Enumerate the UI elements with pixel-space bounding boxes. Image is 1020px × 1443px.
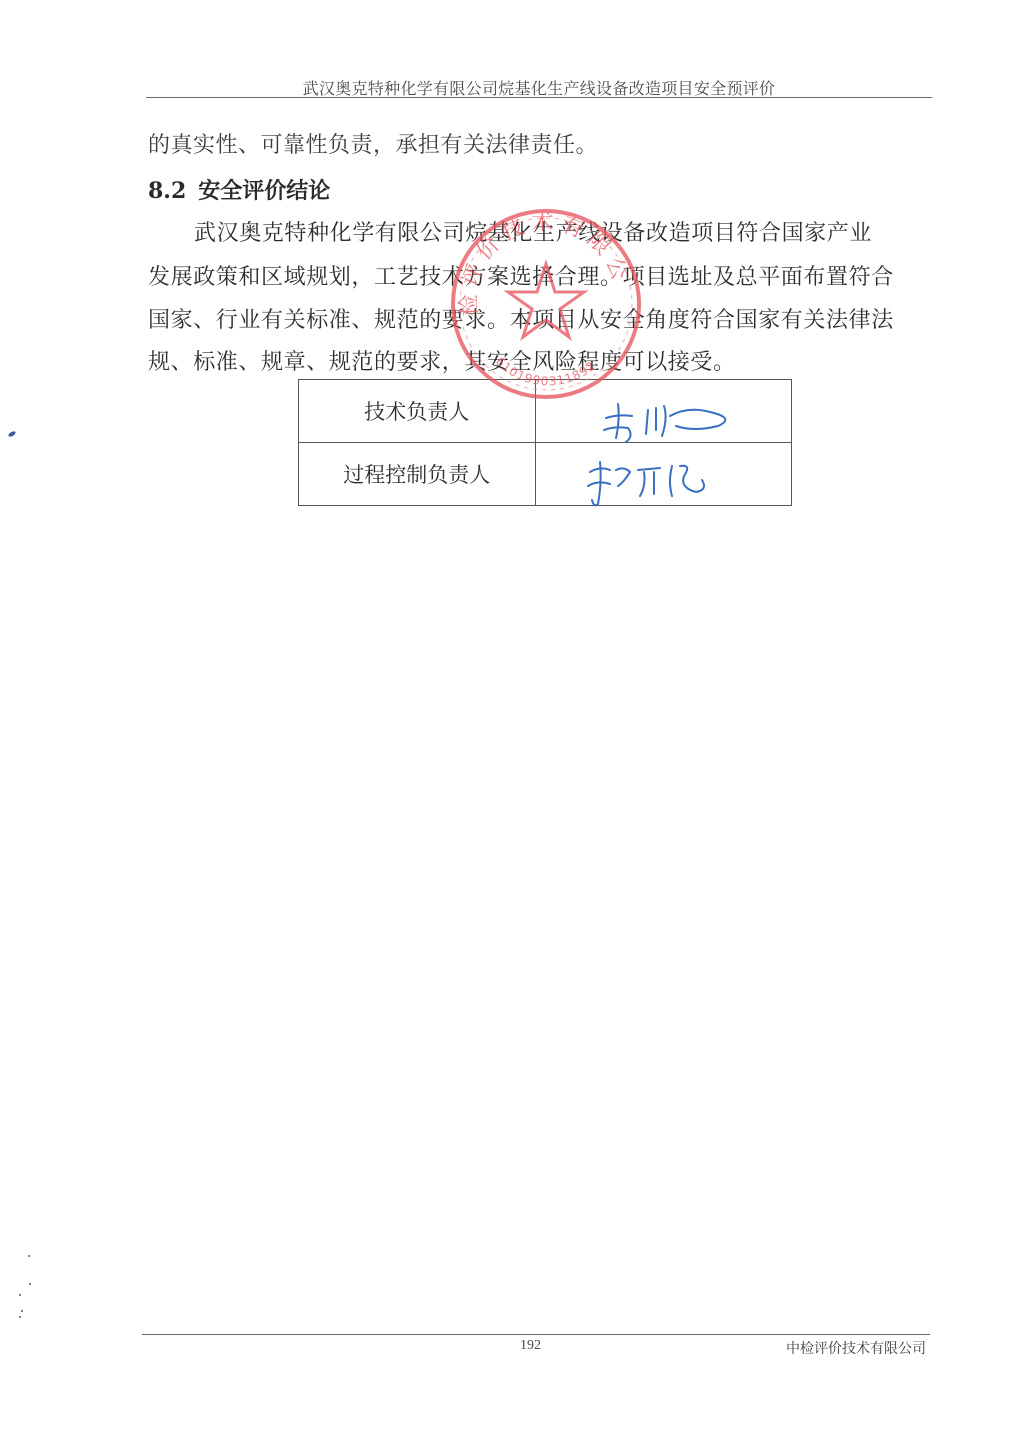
signature-cell [535,443,791,506]
paragraph-line-3: 国家、行业有关标准、规范的要求。本项目从安全角度符合国家有关法律法 [148,307,894,335]
scan-artifact [21,1310,23,1312]
table-row: 过程控制负责人 [299,443,792,506]
scan-artifact [28,1255,30,1257]
signature-cell [535,380,791,443]
paragraph-line-2: 发展政策和区域规划，工艺技术方案选择合理。项目选址及总平面布置符合 [148,264,894,292]
section-number: 8.2 [148,178,186,204]
scan-artifact [19,1316,21,1318]
footer-company: 中检评价技术有限公司 [786,1338,926,1358]
role-label: 技术负责人 [299,380,536,443]
paragraph-line-1: 武汉奥克特种化学有限公司烷基化生产线设备改造项目符合国家产业 [194,220,872,248]
section-heading: 8.2安全评价结论 [148,174,330,205]
scan-artifact [8,430,17,437]
document-title: 武汉奥克特种化学有限公司烷基化生产线设备改造项目安全预评价 [148,76,930,99]
footer-divider [142,1334,930,1335]
role-label: 过程控制负责人 [299,443,536,506]
table-row: 技术负责人 [299,380,792,443]
header-divider [146,97,932,98]
paragraph-line-4: 规、标准、规章、规范的要求，其安全风险程度可以接受。 [148,349,736,377]
scan-artifact [29,1283,31,1285]
section-title: 安全评价结论 [198,178,330,204]
signature-table: 技术负责人 过程控制负责人 [298,379,792,506]
scan-artifact [19,1294,21,1296]
page-number: 192 [520,1338,541,1354]
continuation-text: 的真实性、可靠性负责，承担有关法律责任。 [148,132,598,160]
